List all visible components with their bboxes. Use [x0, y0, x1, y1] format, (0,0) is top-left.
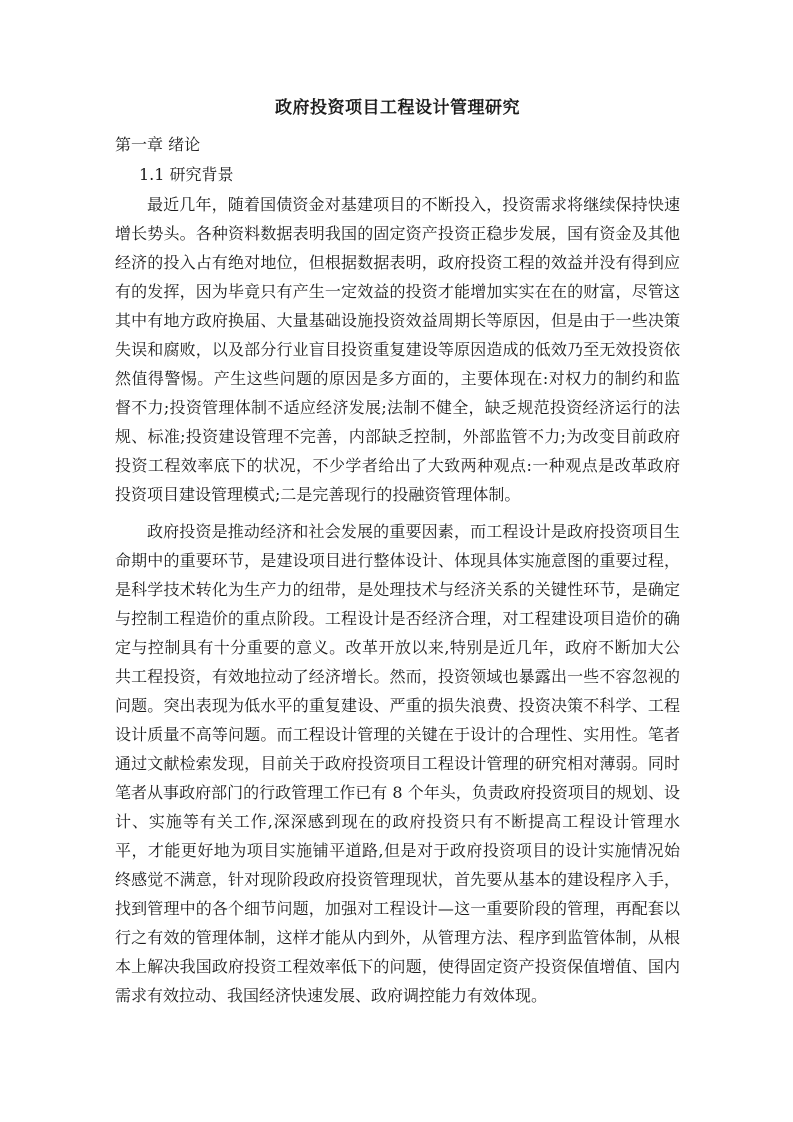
- document-page: 政府投资项目工程设计管理研究 第一章 绪论 1.1 研究背景 最近几年，随着国债…: [0, 0, 793, 1122]
- chapter-heading: 第一章 绪论: [115, 130, 680, 160]
- paragraph-research-background-2: 政府投资是推动经济和社会发展的重要因素，而工程设计是政府投资项目生命期中的重要环…: [115, 517, 680, 1010]
- paragraph-research-background-1: 最近几年，随着国债资金对基建项目的不断投入，投资需求将继续保持快速增长势头。各种…: [115, 190, 680, 509]
- document-title: 政府投资项目工程设计管理研究: [115, 96, 680, 120]
- section-heading: 1.1 研究背景: [115, 160, 680, 190]
